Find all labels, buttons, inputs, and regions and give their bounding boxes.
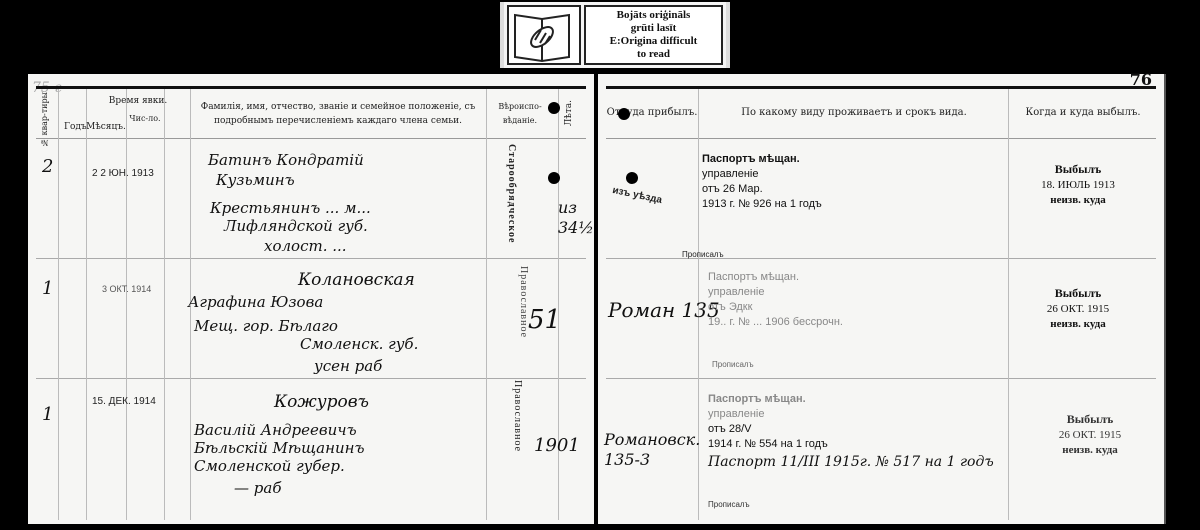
register-right-page: 76 Откуда прибылъ. По какому виду прожив… <box>598 74 1166 524</box>
apartment-number: 1 <box>42 404 53 425</box>
header-age: Лѣта. <box>562 100 582 126</box>
departure-title: Выбылъ <box>1067 412 1113 426</box>
name-line: Василій Андреевичъ <box>194 421 357 439</box>
name-line: Лифляндской губ. <box>224 217 368 235</box>
ink-blot <box>548 102 560 114</box>
name-line: Кожуровъ <box>274 392 369 412</box>
passport-line: Паспортъ мѣщан. <box>708 393 806 405</box>
age-value: 51 <box>528 310 561 330</box>
arrived-from-stamp: изъ уѣзда <box>611 185 663 206</box>
age-value: из 34½ <box>558 198 594 238</box>
notice-line: to read <box>586 48 721 61</box>
row-divider <box>606 378 1156 379</box>
name-line: Крестьянинъ ... м... <box>210 199 371 217</box>
departure-date: 18. ИЮЛЬ 1913 <box>1018 178 1138 193</box>
arrived-from-value: Роман 135 <box>608 300 720 320</box>
name-line: Смоленск. губ. <box>300 335 418 353</box>
passport-line: отъ 28/V <box>708 422 994 437</box>
arrived-from-value: Романовск. 135-3 <box>604 430 704 470</box>
ink-blot <box>626 172 638 184</box>
header-document: По какому виду проживаетъ и срокъ вида. <box>702 106 1006 120</box>
date-stamp: 2 2 ЮН. 1913 <box>92 168 154 179</box>
departure-title: Выбылъ <box>1055 286 1101 300</box>
notice-text: Bojāts oriģināls grūti lasīt E:Origina d… <box>584 5 723 65</box>
apartment-number: 1 <box>42 278 53 299</box>
age-value: 1901 <box>534 436 580 456</box>
departure-date: 26 ОКТ. 1915 <box>1018 302 1138 317</box>
name-line: усен раб <box>314 357 382 375</box>
departure-title: Выбылъ <box>1055 162 1101 176</box>
departure-stamp: Выбылъ 26 ОКТ. 1915 неизв. куда <box>1018 286 1138 332</box>
name-line: холост. ... <box>264 237 347 255</box>
header-name: Фамилія, имя, отчество, званіе и семейно… <box>198 100 478 128</box>
date-stamp: 15. ДЕК. 1914 <box>92 396 156 407</box>
header-apartment-no: № квар-тиры <box>38 92 60 147</box>
departure-date: 26 ОКТ. 1915 <box>1030 428 1150 443</box>
damaged-book-icon <box>507 5 581 65</box>
passport-line: Паспорт 11/III 1915г. № 517 на 1 годъ <box>708 452 994 472</box>
registrar-stamp: Прописалъ <box>708 500 750 509</box>
header-year: Годъ. <box>64 120 86 134</box>
religion-stamp: Православное <box>512 380 523 452</box>
header-day: Чис-ло. <box>128 112 162 126</box>
name-line: Бѣльскій Мѣщанинъ <box>194 439 365 457</box>
registrar-stamp: Прописалъ <box>712 360 754 369</box>
header-arrival-time: Время явки. <box>86 94 190 108</box>
passport-line: 1913 г. № 926 на 1 годъ <box>702 197 822 212</box>
passport-stamp: Паспортъ мѣщан. управленіе отъ 26 Мар. 1… <box>702 152 822 212</box>
departure-stamp: Выбылъ 26 ОКТ. 1915 неизв. куда <box>1030 412 1150 458</box>
row-divider <box>36 258 586 259</box>
passport-stamp: Паспортъ мѣщан. управленіе отъ Эдкк 19..… <box>708 270 843 330</box>
header-month: Мѣсяцъ. <box>86 120 126 134</box>
damaged-original-notice: Bojāts oriģināls grūti lasīt E:Origina d… <box>500 2 730 68</box>
passport-line: отъ Эдкк <box>708 300 843 315</box>
passport-line: 1914 г. № 554 на 1 годъ <box>708 437 994 452</box>
top-rule <box>606 86 1156 89</box>
notice-line: grūti lasīt <box>586 22 721 35</box>
top-rule <box>36 86 586 89</box>
name-line: — раб <box>234 479 281 497</box>
departure-where: неизв. куда <box>1030 443 1150 458</box>
religion-stamp: Старообрядческое <box>506 144 517 243</box>
passport-line: управленіе <box>708 285 843 300</box>
departure-stamp: Выбылъ 18. ИЮЛЬ 1913 неизв. куда <box>1018 162 1138 208</box>
header-departure: Когда и куда выбылъ. <box>1010 106 1156 120</box>
apartment-number: 2 <box>42 156 53 177</box>
passport-stamp: Паспортъ мѣщан. управленіе отъ 28/V 1914… <box>708 392 994 472</box>
name-line: Смоленской губер. <box>194 457 345 475</box>
registrar-stamp: Прописалъ <box>682 250 724 259</box>
passport-line: Паспортъ мѣщан. <box>702 153 800 165</box>
register-left-page: 75-г № квар-тиры Время явки. Годъ. Мѣсяц… <box>28 74 594 524</box>
passport-line: управленіе <box>702 167 822 182</box>
passport-line: 19.. г. № ... 1906 бессрочн. <box>708 315 843 330</box>
passport-line: Паспортъ мѣщан. <box>708 270 843 285</box>
header-religion: Вѣроиспо-вѣданіе. <box>488 100 552 128</box>
passport-line: отъ 26 Мар. <box>702 182 822 197</box>
date-stamp: 3 ОКТ. 1914 <box>102 284 151 294</box>
name-line: Аграфина Юзова <box>188 293 323 311</box>
notice-line: E:Origina difficult <box>586 35 721 48</box>
ink-blot <box>618 108 630 120</box>
row-divider <box>36 378 586 379</box>
name-line: Мещ. гор. Бѣлаго <box>194 317 338 335</box>
passport-line: управленіе <box>708 407 994 422</box>
header-rule <box>606 138 1156 139</box>
header-rule <box>36 138 586 139</box>
departure-where: неизв. куда <box>1018 317 1138 332</box>
departure-where: неизв. куда <box>1018 193 1138 208</box>
ink-blot <box>548 172 560 184</box>
notice-line: Bojāts oriģināls <box>586 9 721 22</box>
name-line: Батинъ Кондратій <box>208 151 364 169</box>
name-line: Колановская <box>298 270 415 290</box>
name-line: Кузьминъ <box>216 171 295 189</box>
